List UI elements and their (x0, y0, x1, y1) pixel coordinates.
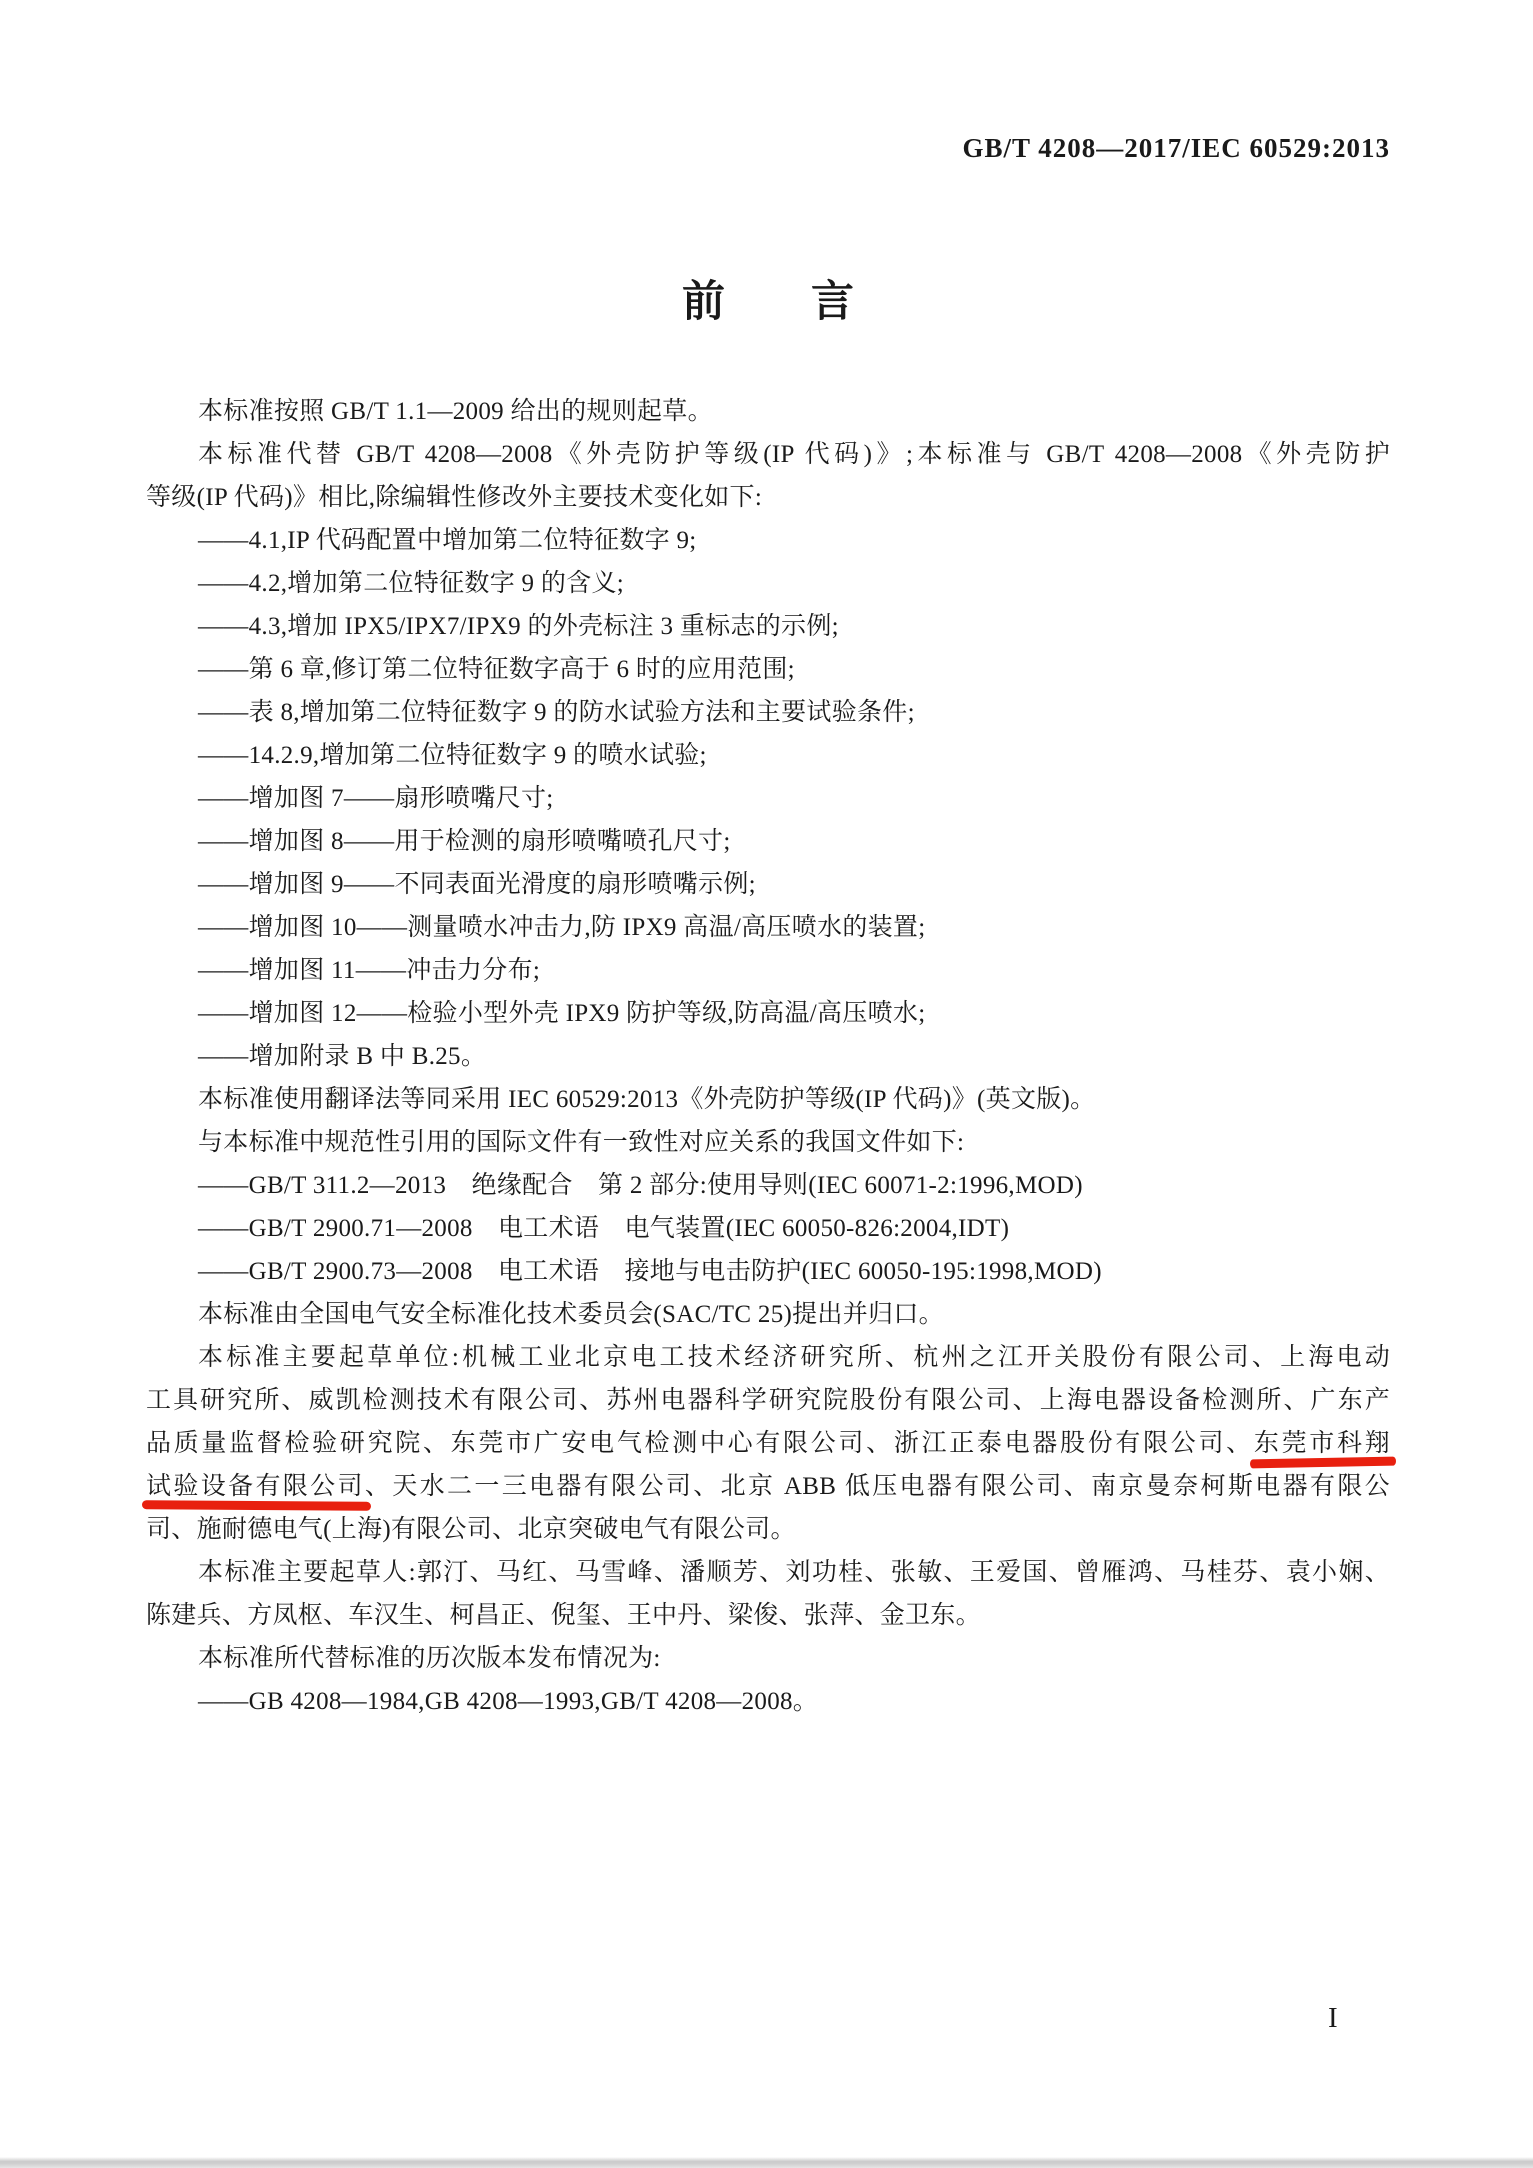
text-line: 试验设备有限公司、天水二一三电器有限公司、北京 ABB 低压电器有限公司、南京曼… (146, 1465, 1390, 1508)
text-line: 本标准代替 GB/T 4208—2008《外壳防护等级(IP 代码)》;本标准与… (146, 433, 1390, 476)
text-line: ——第 6 章,修订第二位特征数字高于 6 时的应用范围; (146, 648, 1390, 691)
text-line: ——4.2,增加第二位特征数字 9 的含义; (146, 562, 1390, 605)
text-line: 与本标准中规范性引用的国际文件有一致性对应关系的我国文件如下: (146, 1121, 1390, 1164)
text-line: ——增加图 12——检验小型外壳 IPX9 防护等级,防高温/高压喷水; (146, 992, 1390, 1035)
text-line: ——增加图 11——冲击力分布; (146, 949, 1390, 992)
text-segment: 品质量监督检验研究院、东莞市广安电气检测中心有限公司、浙江正泰电器股份有限公司、 (146, 1430, 1254, 1457)
text-line: ——GB/T 2900.73—2008 电工术语 接地与电击防护(IEC 600… (146, 1250, 1390, 1293)
text-line: 本标准主要起草人:郭汀、马红、马雪峰、潘顺芳、刘功桂、张敏、王爱国、曾雁鸿、马桂… (146, 1551, 1390, 1594)
body-text: 本标准按照 GB/T 1.1—2009 给出的规则起草。本标准代替 GB/T 4… (146, 390, 1390, 1723)
text-line: ——GB 4208—1984,GB 4208—1993,GB/T 4208—20… (146, 1680, 1390, 1723)
text-line: ——4.1,IP 代码配置中增加第二位特征数字 9; (146, 519, 1390, 562)
text-line: ——14.2.9,增加第二位特征数字 9 的喷水试验; (146, 734, 1390, 777)
text-line: ——增加图 10——测量喷水冲击力,防 IPX9 高温/高压喷水的装置; (146, 906, 1390, 949)
foreword-title: 前 言 (146, 268, 1390, 329)
scan-edge-shadow (0, 2157, 1533, 2168)
text-line: 品质量监督检验研究院、东莞市广安电气检测中心有限公司、浙江正泰电器股份有限公司、… (146, 1422, 1390, 1465)
text-line: ——4.3,增加 IPX5/IPX7/IPX9 的外壳标注 3 重标志的示例; (146, 605, 1390, 648)
text-line: 本标准主要起草单位:机械工业北京电工技术经济研究所、杭州之江开关股份有限公司、上… (146, 1336, 1390, 1379)
red-underlined-text: 试验设备有限公司 (146, 1473, 365, 1500)
text-line: ——增加图 9——不同表面光滑度的扇形喷嘴示例; (146, 863, 1390, 906)
text-line: ——增加图 8——用于检测的扇形喷嘴喷孔尺寸; (146, 820, 1390, 863)
red-underlined-text: 东莞市科翔 (1254, 1430, 1390, 1457)
text-line: 本标准由全国电气安全标准化技术委员会(SAC/TC 25)提出并归口。 (146, 1293, 1390, 1336)
text-line: ——增加附录 B 中 B.25。 (146, 1035, 1390, 1078)
text-line: 工具研究所、威凯检测技术有限公司、苏州电器科学研究院股份有限公司、上海电器设备检… (146, 1379, 1390, 1422)
text-line: 本标准所代替标准的历次版本发布情况为: (146, 1637, 1390, 1680)
text-segment: 、天水二一三电器有限公司、北京 ABB 低压电器有限公司、南京曼奈柯斯电器有限公 (365, 1473, 1390, 1500)
text-line: ——GB/T 311.2—2013 绝缘配合 第 2 部分:使用导则(IEC 6… (146, 1164, 1390, 1207)
text-line: ——增加图 7——扇形喷嘴尺寸; (146, 777, 1390, 820)
text-line: 本标准按照 GB/T 1.1—2009 给出的规则起草。 (146, 390, 1390, 433)
scanned-standard-page: GB/T 4208—2017/IEC 60529:2013 前 言 本标准按照 … (0, 0, 1533, 2168)
text-line: 本标准使用翻译法等同采用 IEC 60529:2013《外壳防护等级(IP 代码… (146, 1078, 1390, 1121)
text-line: 陈建兵、方凤枢、车汉生、柯昌正、倪玺、王中丹、梁俊、张萍、金卫东。 (146, 1594, 1390, 1637)
text-line: ——GB/T 2900.71—2008 电工术语 电气装置(IEC 60050-… (146, 1207, 1390, 1250)
page-number: I (1328, 2002, 1338, 2035)
text-line: 司、施耐德电气(上海)有限公司、北京突破电气有限公司。 (146, 1508, 1390, 1551)
standard-code-header: GB/T 4208—2017/IEC 60529:2013 (962, 133, 1390, 164)
text-line: 等级(IP 代码)》相比,除编辑性修改外主要技术变化如下: (146, 476, 1390, 519)
text-line: ——表 8,增加第二位特征数字 9 的防水试验方法和主要试验条件; (146, 691, 1390, 734)
